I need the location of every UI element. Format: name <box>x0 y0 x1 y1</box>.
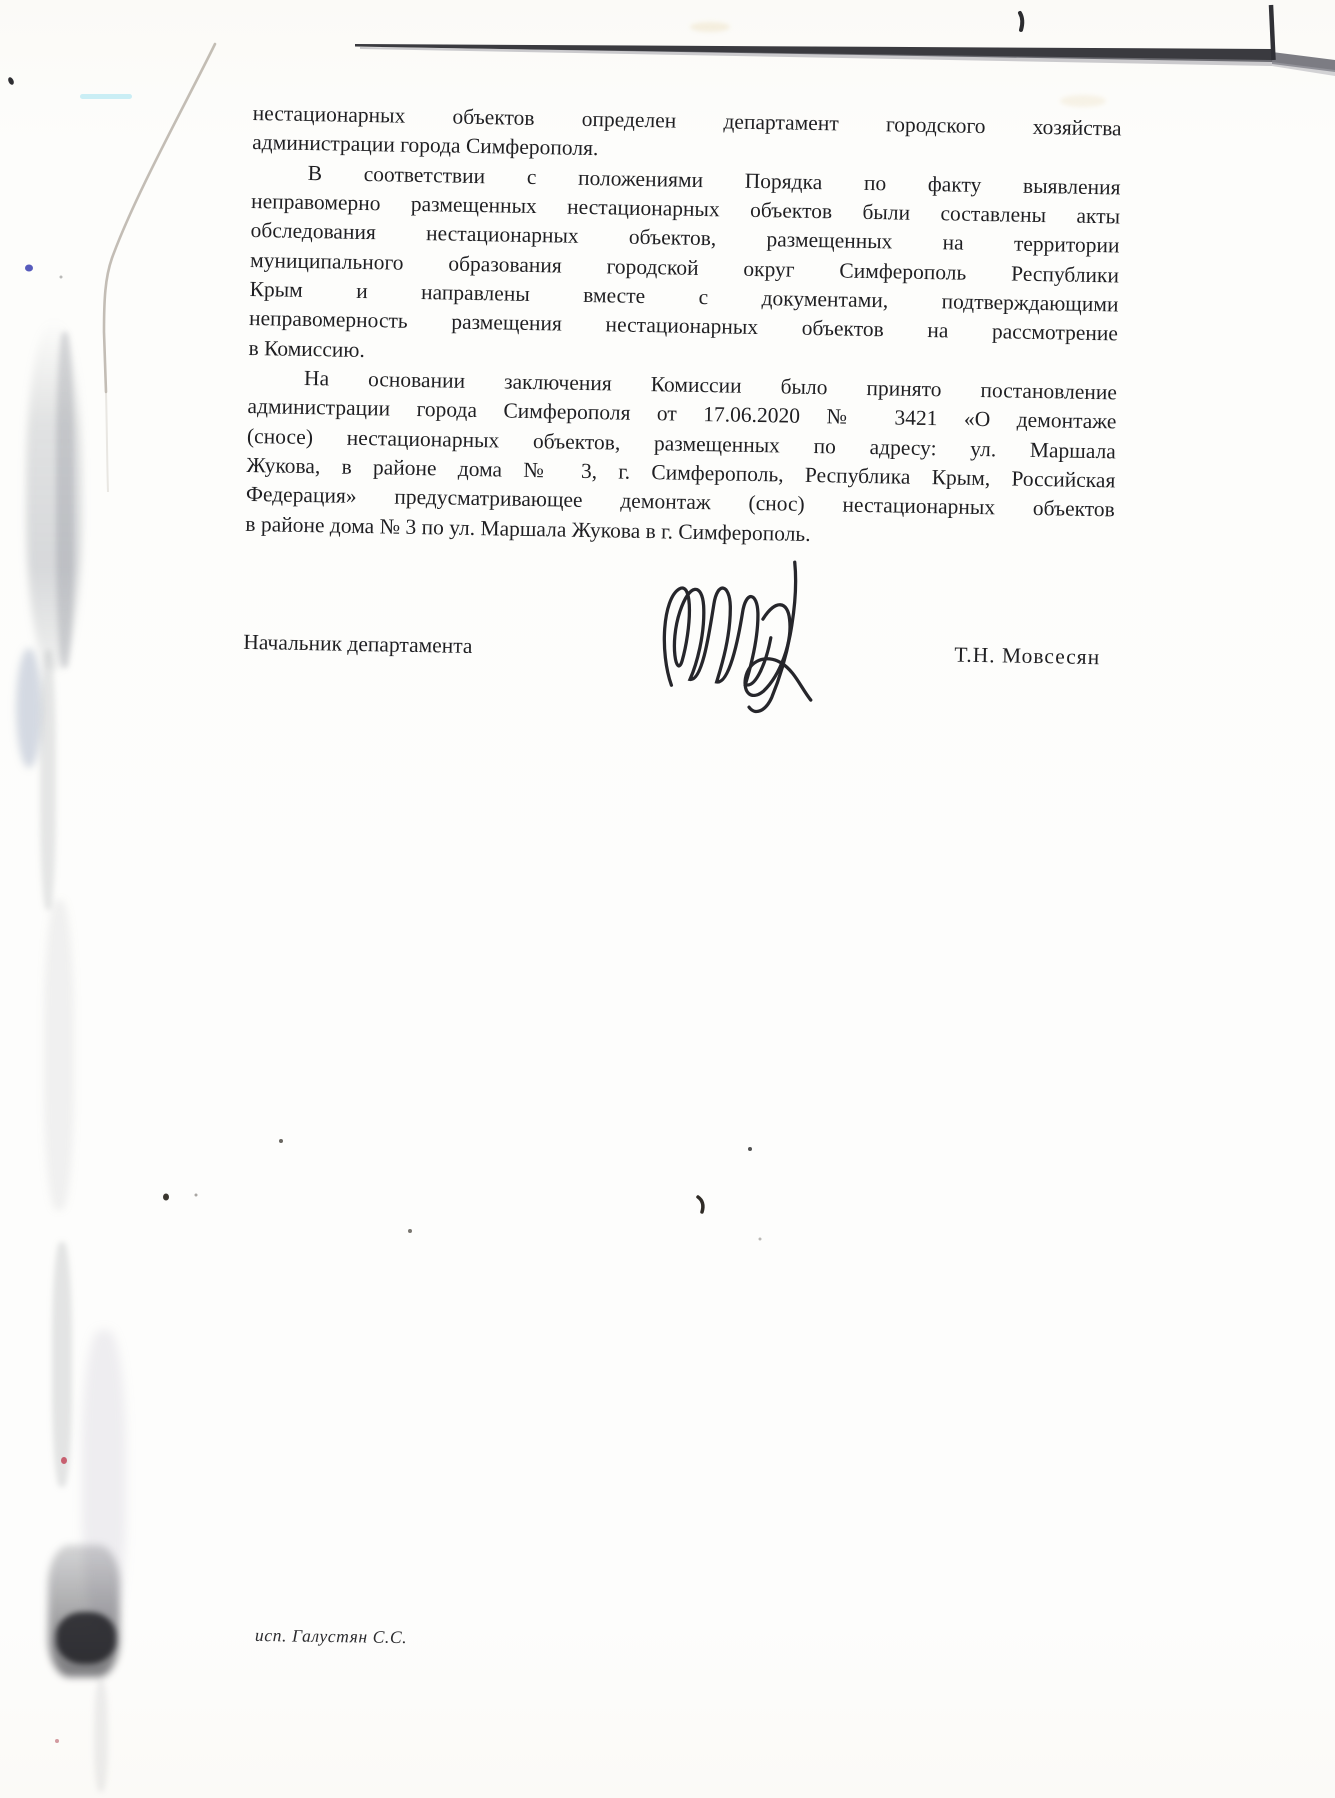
paragraph: В соответствии с положениями Порядка по … <box>248 158 1121 379</box>
signer-name: Т.Н. Мовсесян <box>954 641 1100 673</box>
handwritten-signature <box>640 553 838 726</box>
signer-position-label: Начальник департамента <box>243 628 473 661</box>
paragraph: На основании заключения Комиссии было пр… <box>245 363 1117 555</box>
executor-note: исп. Галустян С.С. <box>255 1625 407 1648</box>
document-body: нестационарных объектов определен департ… <box>243 99 1122 673</box>
